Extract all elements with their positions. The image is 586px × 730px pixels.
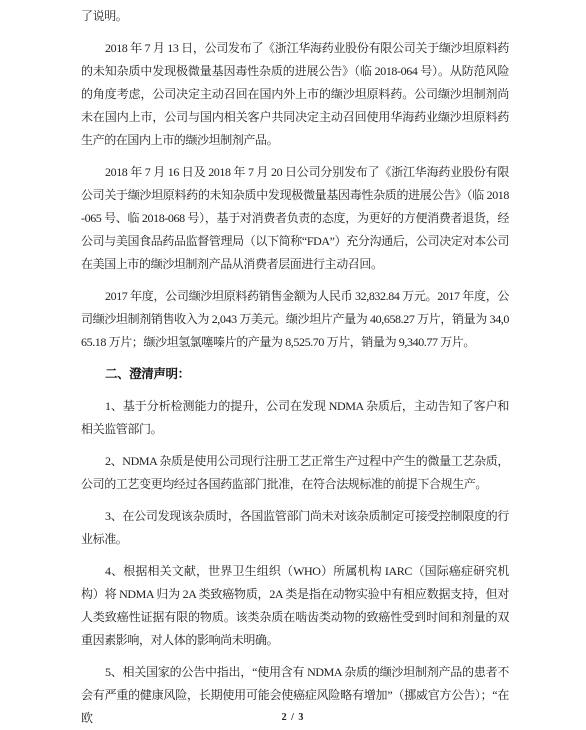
document-page: 了说明。 2018 年 7 月 13 日，公司发布了《浙江华海药业股份有限公司关… bbox=[0, 0, 586, 730]
section-heading-clarification: 二、澄清声明： bbox=[81, 363, 509, 386]
clarification-item-2: 2、NDMA 杂质是使用公司现行注册工艺正常生产过程中产生的微量工艺杂质，公司的… bbox=[81, 450, 509, 496]
page-number: 2 / 3 bbox=[0, 712, 586, 723]
clarification-item-1: 1、基于分析检测能力的提升，公司在发现 NDMA 杂质后，主动告知了客户和相关监… bbox=[81, 395, 509, 441]
clarification-item-3: 3、在公司发现该杂质时，各国监管部门尚未对该杂质制定可接受控制限度的行业标准。 bbox=[81, 505, 509, 551]
paragraph-announcement-0716-0720: 2018 年 7 月 16 日及 2018 年 7 月 20 日公司分别发布了《… bbox=[81, 161, 509, 276]
continuation-paragraph: 了说明。 bbox=[81, 5, 509, 28]
paragraph-2017-sales-figures: 2017 年度，公司缬沙坦原料药销售金额为人民币 32,832.84 万元。20… bbox=[81, 285, 509, 354]
paragraph-announcement-0713: 2018 年 7 月 13 日，公司发布了《浙江华海药业股份有限公司关于缬沙坦原… bbox=[81, 37, 509, 152]
clarification-item-4: 4、根据相关文献，世界卫生组织（WHO）所属机构 IARC（国际癌症研究机构）将… bbox=[81, 560, 509, 652]
